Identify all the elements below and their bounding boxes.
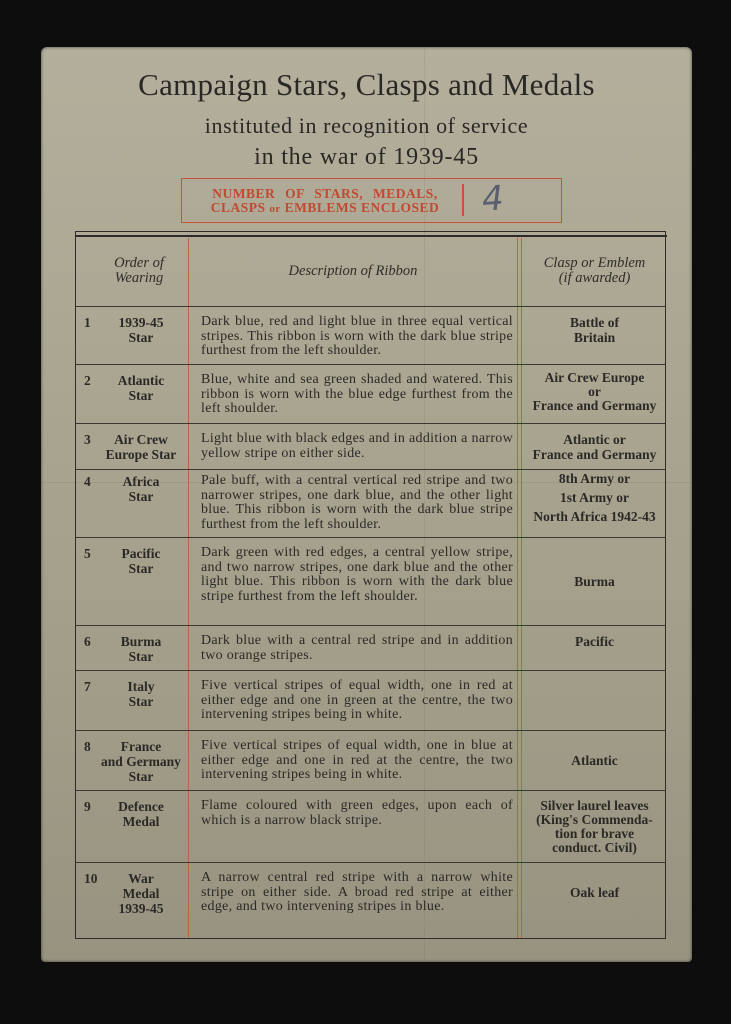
clasp-cell: 8th Army or 1st Army or North Africa 194… bbox=[522, 474, 667, 522]
ribbon-description: Dark green with red edges, a central yel… bbox=[201, 546, 513, 604]
row-number: 9 bbox=[84, 799, 91, 814]
ribbon-description: Five vertical stripes of equal width, on… bbox=[201, 679, 513, 723]
row-number: 8 bbox=[84, 739, 91, 754]
table-row: 7Italy Star Five vertical stripes of equ… bbox=[76, 670, 665, 731]
enclosed-count-label: NUMBER OF STARS, MEDALS, CLASPS or EMBLE… bbox=[190, 187, 460, 216]
medal-name: Defence Medal bbox=[98, 799, 184, 829]
ribbon-description: Pale buff, with a central vertical red s… bbox=[201, 474, 513, 532]
clasp-cell: Pacific bbox=[522, 634, 667, 649]
clasp-cell: Atlantic bbox=[522, 753, 667, 768]
document-subtitle-1: instituted in recognition of service bbox=[41, 113, 692, 139]
medal-name: Africa Star bbox=[98, 474, 184, 504]
header-order: Order of Wearing bbox=[94, 256, 184, 286]
row-number: 5 bbox=[84, 546, 91, 561]
document-subtitle-2: in the war of 1939-45 bbox=[41, 144, 692, 171]
clasp-cell: Silver laurel leaves (King's Commenda- t… bbox=[522, 799, 667, 855]
medal-name: Burma Star bbox=[98, 634, 184, 664]
table-row: 3Air Crew Europe Star Light blue with bl… bbox=[76, 423, 665, 470]
enclosed-label-line1: NUMBER OF STARS, MEDALS, bbox=[190, 187, 460, 201]
medals-table: Order of Wearing Description of Ribbon C… bbox=[75, 231, 666, 939]
table-row: 9Defence Medal Flame coloured with green… bbox=[76, 790, 665, 863]
ribbon-description: Dark blue, red and light blue in three e… bbox=[201, 315, 513, 359]
table-row: 4Africa Star Pale buff, with a central v… bbox=[76, 469, 665, 538]
row-number: 10 bbox=[84, 871, 98, 886]
enclosed-label-line2: CLASPS or EMBLEMS ENCLOSED bbox=[190, 201, 460, 216]
ribbon-description: Blue, white and sea green shaded and wat… bbox=[201, 373, 513, 417]
clasp-cell: Air Crew Europe or France and Germany bbox=[522, 371, 667, 413]
row-number: 2 bbox=[84, 373, 91, 388]
row-number: 4 bbox=[84, 474, 91, 489]
header-description: Description of Ribbon bbox=[188, 264, 518, 279]
certificate-sheet: Campaign Stars, Clasps and Medals instit… bbox=[41, 47, 692, 962]
medal-name: Pacific Star bbox=[98, 546, 184, 576]
table-row: 11939-45 Star Dark blue, red and light b… bbox=[76, 306, 665, 365]
clasp-cell: Burma bbox=[522, 574, 667, 589]
enclosed-count-divider bbox=[462, 184, 464, 216]
row-number: 7 bbox=[84, 679, 91, 694]
ribbon-description: Dark blue with a central red stripe and … bbox=[201, 634, 513, 663]
table-row: 2Atlantic Star Blue, white and sea green… bbox=[76, 364, 665, 424]
ribbon-description: A narrow central red stripe with a narro… bbox=[201, 871, 513, 915]
enclosed-count-value: 4 bbox=[481, 178, 505, 219]
ribbon-description: Light blue with black edges and in addit… bbox=[201, 432, 513, 461]
medal-name: War Medal 1939-45 bbox=[98, 871, 184, 916]
medal-name: Air Crew Europe Star bbox=[98, 432, 184, 462]
medal-name: Atlantic Star bbox=[98, 373, 184, 403]
row-number: 1 bbox=[84, 315, 91, 330]
table-row: 5Pacific Star Dark green with red edges,… bbox=[76, 537, 665, 626]
ribbon-description: Five vertical stripes of equal width, on… bbox=[201, 739, 513, 783]
table-row: 8France and Germany Star Five vertical s… bbox=[76, 730, 665, 791]
document-title: Campaign Stars, Clasps and Medals bbox=[41, 67, 692, 103]
label-part: CLASPS bbox=[211, 200, 270, 215]
label-part: or bbox=[269, 203, 280, 215]
clasp-cell: Atlantic or France and Germany bbox=[522, 432, 667, 462]
ribbon-description: Flame coloured with green edges, upon ea… bbox=[201, 799, 513, 828]
enclosed-count-box: NUMBER OF STARS, MEDALS, CLASPS or EMBLE… bbox=[181, 178, 562, 223]
medal-name: France and Germany Star bbox=[98, 739, 184, 784]
header-clasp: Clasp or Emblem (if awarded) bbox=[522, 256, 667, 286]
clasp-cell: Oak leaf bbox=[522, 885, 667, 900]
table-row: 10War Medal 1939-45 A narrow central red… bbox=[76, 862, 665, 938]
row-number: 3 bbox=[84, 432, 91, 447]
table-header: Order of Wearing Description of Ribbon C… bbox=[76, 238, 665, 306]
table-row: 6Burma Star Dark blue with a central red… bbox=[76, 625, 665, 671]
label-part: EMBLEMS ENCLOSED bbox=[281, 200, 440, 215]
medal-name: Italy Star bbox=[98, 679, 184, 709]
clasp-cell: Battle of Britain bbox=[522, 315, 667, 345]
medal-name: 1939-45 Star bbox=[98, 315, 184, 345]
row-number: 6 bbox=[84, 634, 91, 649]
